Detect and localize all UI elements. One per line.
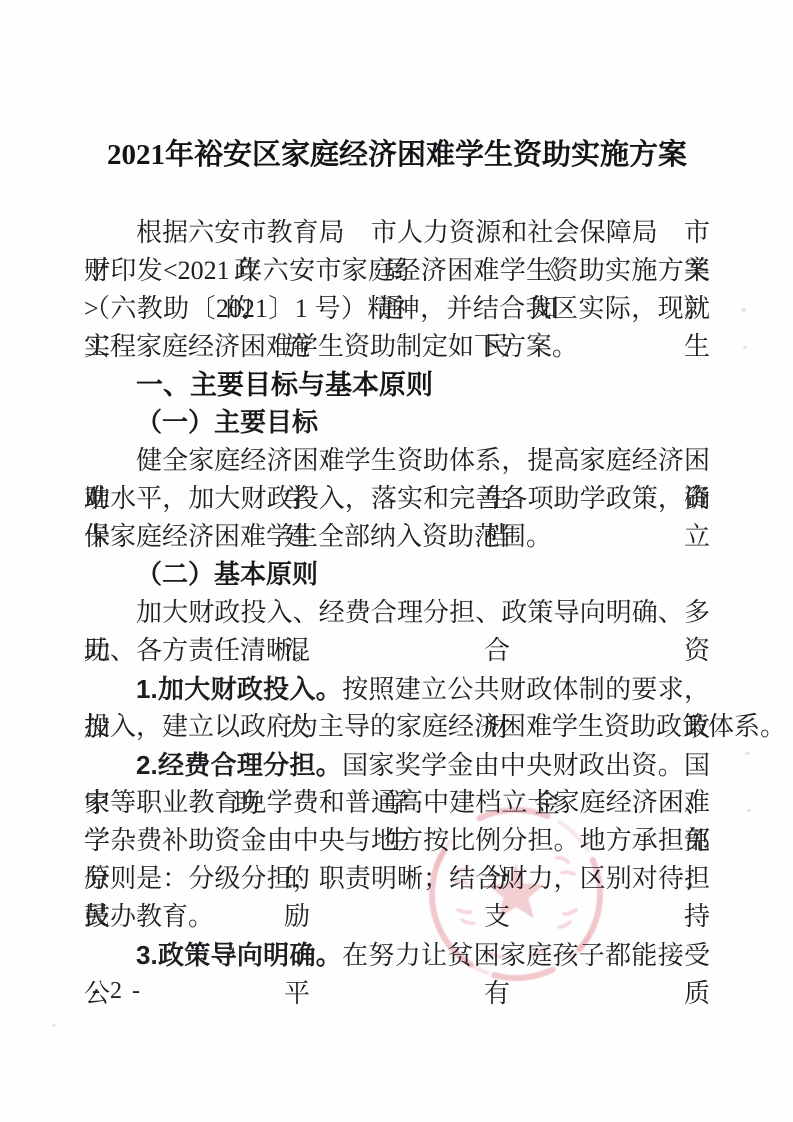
doc-line: 根据六安市教育局 市人力资源和社会保障局 市财政局《关 xyxy=(84,214,710,252)
doc-line: 加大财政投入、经费合理分担、政策导向明确、多元混合资 xyxy=(84,594,710,632)
scan-artifact xyxy=(52,1024,56,1027)
doc-line: 中等职业教育免学费和普通高中建档立卡家庭经济困难学生免 xyxy=(84,784,710,822)
doc-line: 3.政策导向明确。在努力让贫困家庭孩子都能接受公平有质 xyxy=(84,936,710,974)
document-title: 2021年裕安区家庭经济困难学生资助实施方案 xyxy=(84,132,710,178)
doc-line: 原则是：分级分担，职责明晰；结合财力，区别对待；鼓励支持 xyxy=(84,860,710,898)
doc-line: 投入，建立以政府为主导的家庭经济困难学生资助政策体系。 xyxy=(84,708,710,746)
doc-line: 于印发<2021 年六安市家庭经济困难学生资助实施方案>的通知》 xyxy=(84,252,710,290)
paragraphs: 根据六安市教育局 市人力资源和社会保障局 市财政局《关 于印发<2021 年六安… xyxy=(84,214,710,974)
scan-artifact xyxy=(745,752,750,755)
doc-line: 助水平，加大财政投入，落实和完善各项助学政策，确保建档立 xyxy=(84,480,710,518)
section-heading: 一、主要目标与基本原则 xyxy=(84,366,710,404)
sub-heading: （二）基本原则 xyxy=(84,556,710,594)
scanned-document-page: 2021年裕安区家庭经济困难学生资助实施方案 根据六安市教育局 市人力资源和社会… xyxy=(0,0,793,1122)
bold-lead-in: 3.政策导向明确。 xyxy=(136,940,342,970)
doc-line: （六教助〔2021〕1 号）精神，并结合我区实际，现就实施民生 xyxy=(84,290,710,328)
bold-lead-in: 1.加大财政投入。 xyxy=(136,674,342,704)
scan-artifact xyxy=(743,346,747,349)
scan-artifact xyxy=(747,809,751,812)
page-number: - 2 - xyxy=(92,978,142,1005)
bold-lead-in: 2.经费合理分担。 xyxy=(136,750,342,780)
document-body: 2021年裕安区家庭经济困难学生资助实施方案 根据六安市教育局 市人力资源和社会… xyxy=(84,0,710,974)
sub-heading: （一）主要目标 xyxy=(84,404,710,442)
scan-artifact xyxy=(741,308,746,312)
doc-line: 健全家庭经济困难学生资助体系，提高家庭经济困难学生资 xyxy=(84,442,710,480)
doc-line: 学杂费补助资金由中央与地方按比例分担。地方承担部分的分担 xyxy=(84,822,710,860)
doc-line: 1.加大财政投入。按照建立公共财政体制的要求，加大财政 xyxy=(84,670,710,708)
doc-line: 2.经费合理分担。国家奖学金由中央财政出资。国家助学金、 xyxy=(84,746,710,784)
